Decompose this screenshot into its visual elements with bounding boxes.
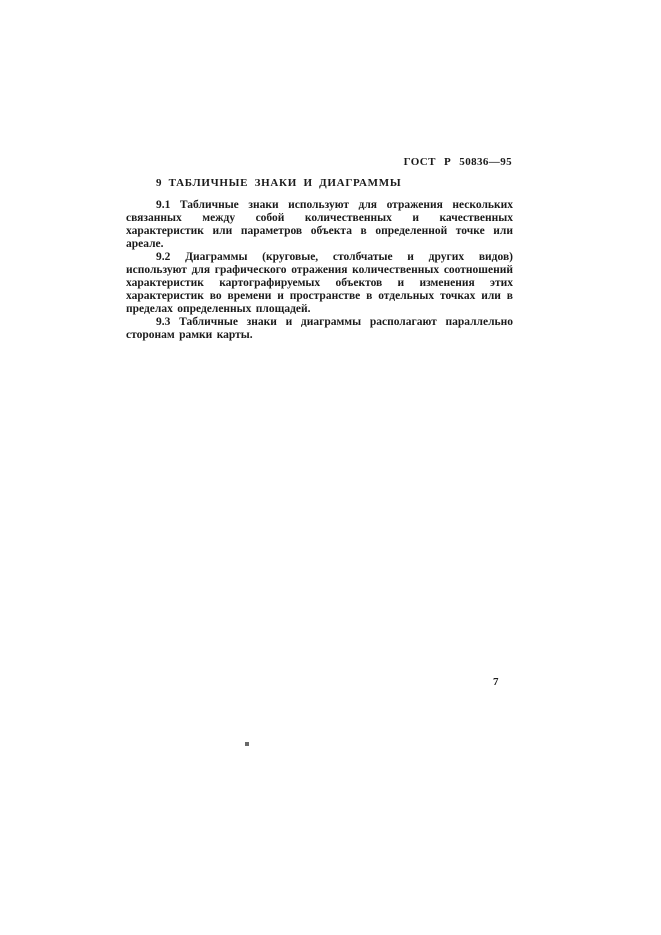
paragraph-9-2: 9.2 Диаграммы (круговые, столбчатые и др… bbox=[126, 251, 513, 316]
paragraph-9-1: 9.1 Табличные знаки используют для отраж… bbox=[126, 199, 513, 251]
scan-artifact-speck bbox=[245, 742, 249, 746]
paragraph-9-3: 9.3 Табличные знаки и диаграммы располаг… bbox=[126, 316, 513, 342]
document-page: ГОСТ Р 50836—95 9 ТАБЛИЧНЫЕ ЗНАКИ И ДИАГ… bbox=[0, 0, 661, 935]
page-number: 7 bbox=[493, 676, 499, 688]
document-content: 9 ТАБЛИЧНЫЕ ЗНАКИ И ДИАГРАММЫ 9.1 Таблич… bbox=[126, 177, 513, 342]
document-standard-code: ГОСТ Р 50836—95 bbox=[404, 156, 512, 168]
section-heading: 9 ТАБЛИЧНЫЕ ЗНАКИ И ДИАГРАММЫ bbox=[126, 177, 513, 190]
